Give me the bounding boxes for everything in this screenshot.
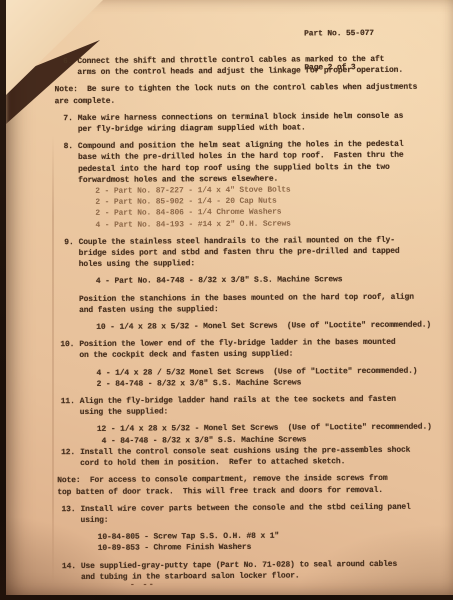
footer-pen-mark: - --: [130, 580, 155, 591]
item-text: Compound and position the helm seat alig…: [78, 139, 404, 186]
text-line: on the cockpit deck and fasten using sup…: [79, 348, 395, 361]
note-block: Note: For access to console compartment,…: [57, 473, 450, 498]
instruction-item: 10.Position the lower end of the fly-bri…: [56, 337, 449, 362]
text-line: 4 - Part No. 84-193 - #14 x 2" O.H. Scre…: [95, 218, 290, 231]
note-block: Note: Be sure to tighten the lock nuts o…: [54, 82, 447, 107]
item-text: 4 - Part No. 84-748 - 8/32 x 3/8" S.S. M…: [96, 275, 343, 288]
text-line: Position the stanchions in the bases mou…: [79, 291, 414, 305]
typed-page-content: Part No. 55-077 Page 2 of 3 6.Connect th…: [0, 0, 453, 600]
text-line: 10-84-805 - Screw Tap S.S. O.H. #8 x 1": [98, 531, 279, 543]
item-text: Connect the shift and throttle control c…: [77, 54, 403, 79]
item-number: 10.: [56, 339, 74, 362]
parts-list-block: 4 - Part No. 84-748 - 8/32 x 3/8" S.S. M…: [96, 274, 449, 288]
text-line: per fly-bridge wiring diagram supplied w…: [78, 122, 404, 135]
text-line: Install wire cover parts between the con…: [80, 501, 410, 515]
text-line: 10 - 1/4 x 28 x 5/32 - Monel Set Screws …: [96, 320, 431, 334]
item-text: Align the fly-bridge ladder hand rails a…: [80, 394, 396, 419]
text-line: Use supplied-gray-putty tape (Part No. 7…: [81, 558, 397, 571]
item-text: Note: For access to console compartment,…: [57, 473, 387, 498]
instruction-item: 8.Compound and position the helm seat al…: [55, 139, 448, 187]
instruction-item: 14.Use supplied-gray-putty tape (Part No…: [58, 558, 451, 583]
item-text: Position the stanchions in the bases mou…: [79, 291, 414, 316]
text-line: and tubing in the starboard salon locker…: [81, 570, 397, 583]
parts-list-block: 10-84-805 - Screw Tap S.S. O.H. #8 x 1"1…: [98, 530, 451, 555]
instruction-item: 6.Connect the shift and throttle control…: [54, 53, 447, 78]
parts-list-block: 12 - 1/4 x 28 x 5/32 - Monel Set Screws …: [97, 422, 450, 447]
text-line: top batten of door track. This will free…: [57, 484, 387, 498]
text-line: using:: [80, 513, 410, 527]
item-number: 11.: [57, 396, 75, 419]
item-text: 10 - 1/4 x 28 x 5/32 - Monel Set Screws …: [96, 320, 431, 334]
item-number: 9.: [56, 237, 74, 271]
text-line: are complete.: [55, 93, 418, 107]
item-number: 7.: [55, 113, 73, 136]
item-text: 4 - 1/4 x 28 / 5/32 Monel Set Screws (Us…: [96, 365, 417, 390]
item-text: Use supplied-gray-putty tape (Part No. 7…: [81, 558, 397, 583]
instruction-item: 9.Couple the stainless steel handrails t…: [56, 234, 449, 270]
text-line: 2 - Part No. 84-806 - 1/4 Chrome Washers: [95, 207, 290, 220]
instruction-list: 6.Connect the shift and throttle control…: [54, 47, 451, 583]
item-text: 2 - Part No. 87-227 - 1/4 x 4" Stove Bol…: [95, 185, 291, 231]
text-line: 12 - 1/4 x 28 x 5/32 - Monel Set Screws …: [97, 422, 432, 436]
item-number: 12.: [57, 447, 75, 470]
text-line: arms on the control heads and adjust the…: [77, 65, 403, 78]
text-line: cord to hold them in position. Refer to …: [80, 456, 410, 470]
item-text: 10-84-805 - Screw Tap S.S. O.H. #8 x 1"1…: [98, 531, 280, 555]
item-text: Position the lower end of the fly-bridge…: [79, 337, 395, 362]
item-text: Couple the stainless steel handrails to …: [79, 235, 400, 271]
part-number: Part No. 55-077: [304, 28, 374, 40]
item-text: 12 - 1/4 x 28 x 5/32 - Monel Set Screws …: [97, 422, 432, 447]
instruction-item: 11.Align the fly-bridge ladder hand rail…: [57, 394, 450, 419]
instruction-item: 13.Install wire cover parts between the …: [57, 501, 450, 526]
item-number: 14.: [58, 561, 76, 584]
text-line: 2 - 84-748 - 8/32 x 3/8" S.S. Machine Sc…: [97, 377, 418, 390]
item-text: Install wire cover parts between the con…: [80, 501, 410, 526]
instruction-item: 7.Make wire harness connections on termi…: [55, 110, 448, 135]
text-line: using the supplied:: [80, 405, 396, 418]
item-text: Make wire harness connections on termina…: [78, 111, 404, 136]
parts-list-block: 2 - Part No. 87-227 - 1/4 x 4" Stove Bol…: [95, 183, 448, 230]
text-line: pedestal into the hard top roof using th…: [78, 161, 404, 174]
item-number: 6.: [54, 56, 72, 79]
text-line: 4 - 1/4 x 28 / 5/32 Monel Set Screws (Us…: [96, 365, 417, 378]
text-line: holes using the supplied:: [79, 257, 400, 270]
text-line: and fasten using the supplied:: [79, 303, 414, 317]
item-number: 8.: [55, 141, 73, 186]
continuation-block: Position the stanchions in the bases mou…: [79, 291, 449, 316]
instruction-item: 12.Install the control console seat cush…: [57, 444, 450, 469]
item-number: 13.: [57, 504, 75, 527]
text-line: 10-89-853 - Chrome Finish Washers: [98, 542, 279, 554]
parts-list-block: 4 - 1/4 x 28 / 5/32 Monel Set Screws (Us…: [96, 365, 449, 390]
parts-list-block: 10 - 1/4 x 28 x 5/32 - Monel Set Screws …: [96, 320, 449, 334]
item-text: Install the control console seat cushion…: [80, 445, 410, 470]
item-text: Note: Be sure to tighten the lock nuts o…: [54, 82, 417, 107]
text-line: 4 - Part No. 84-748 - 8/32 x 3/8" S.S. M…: [96, 275, 343, 288]
document-photo: Part No. 55-077 Page 2 of 3 6.Connect th…: [0, 0, 453, 600]
